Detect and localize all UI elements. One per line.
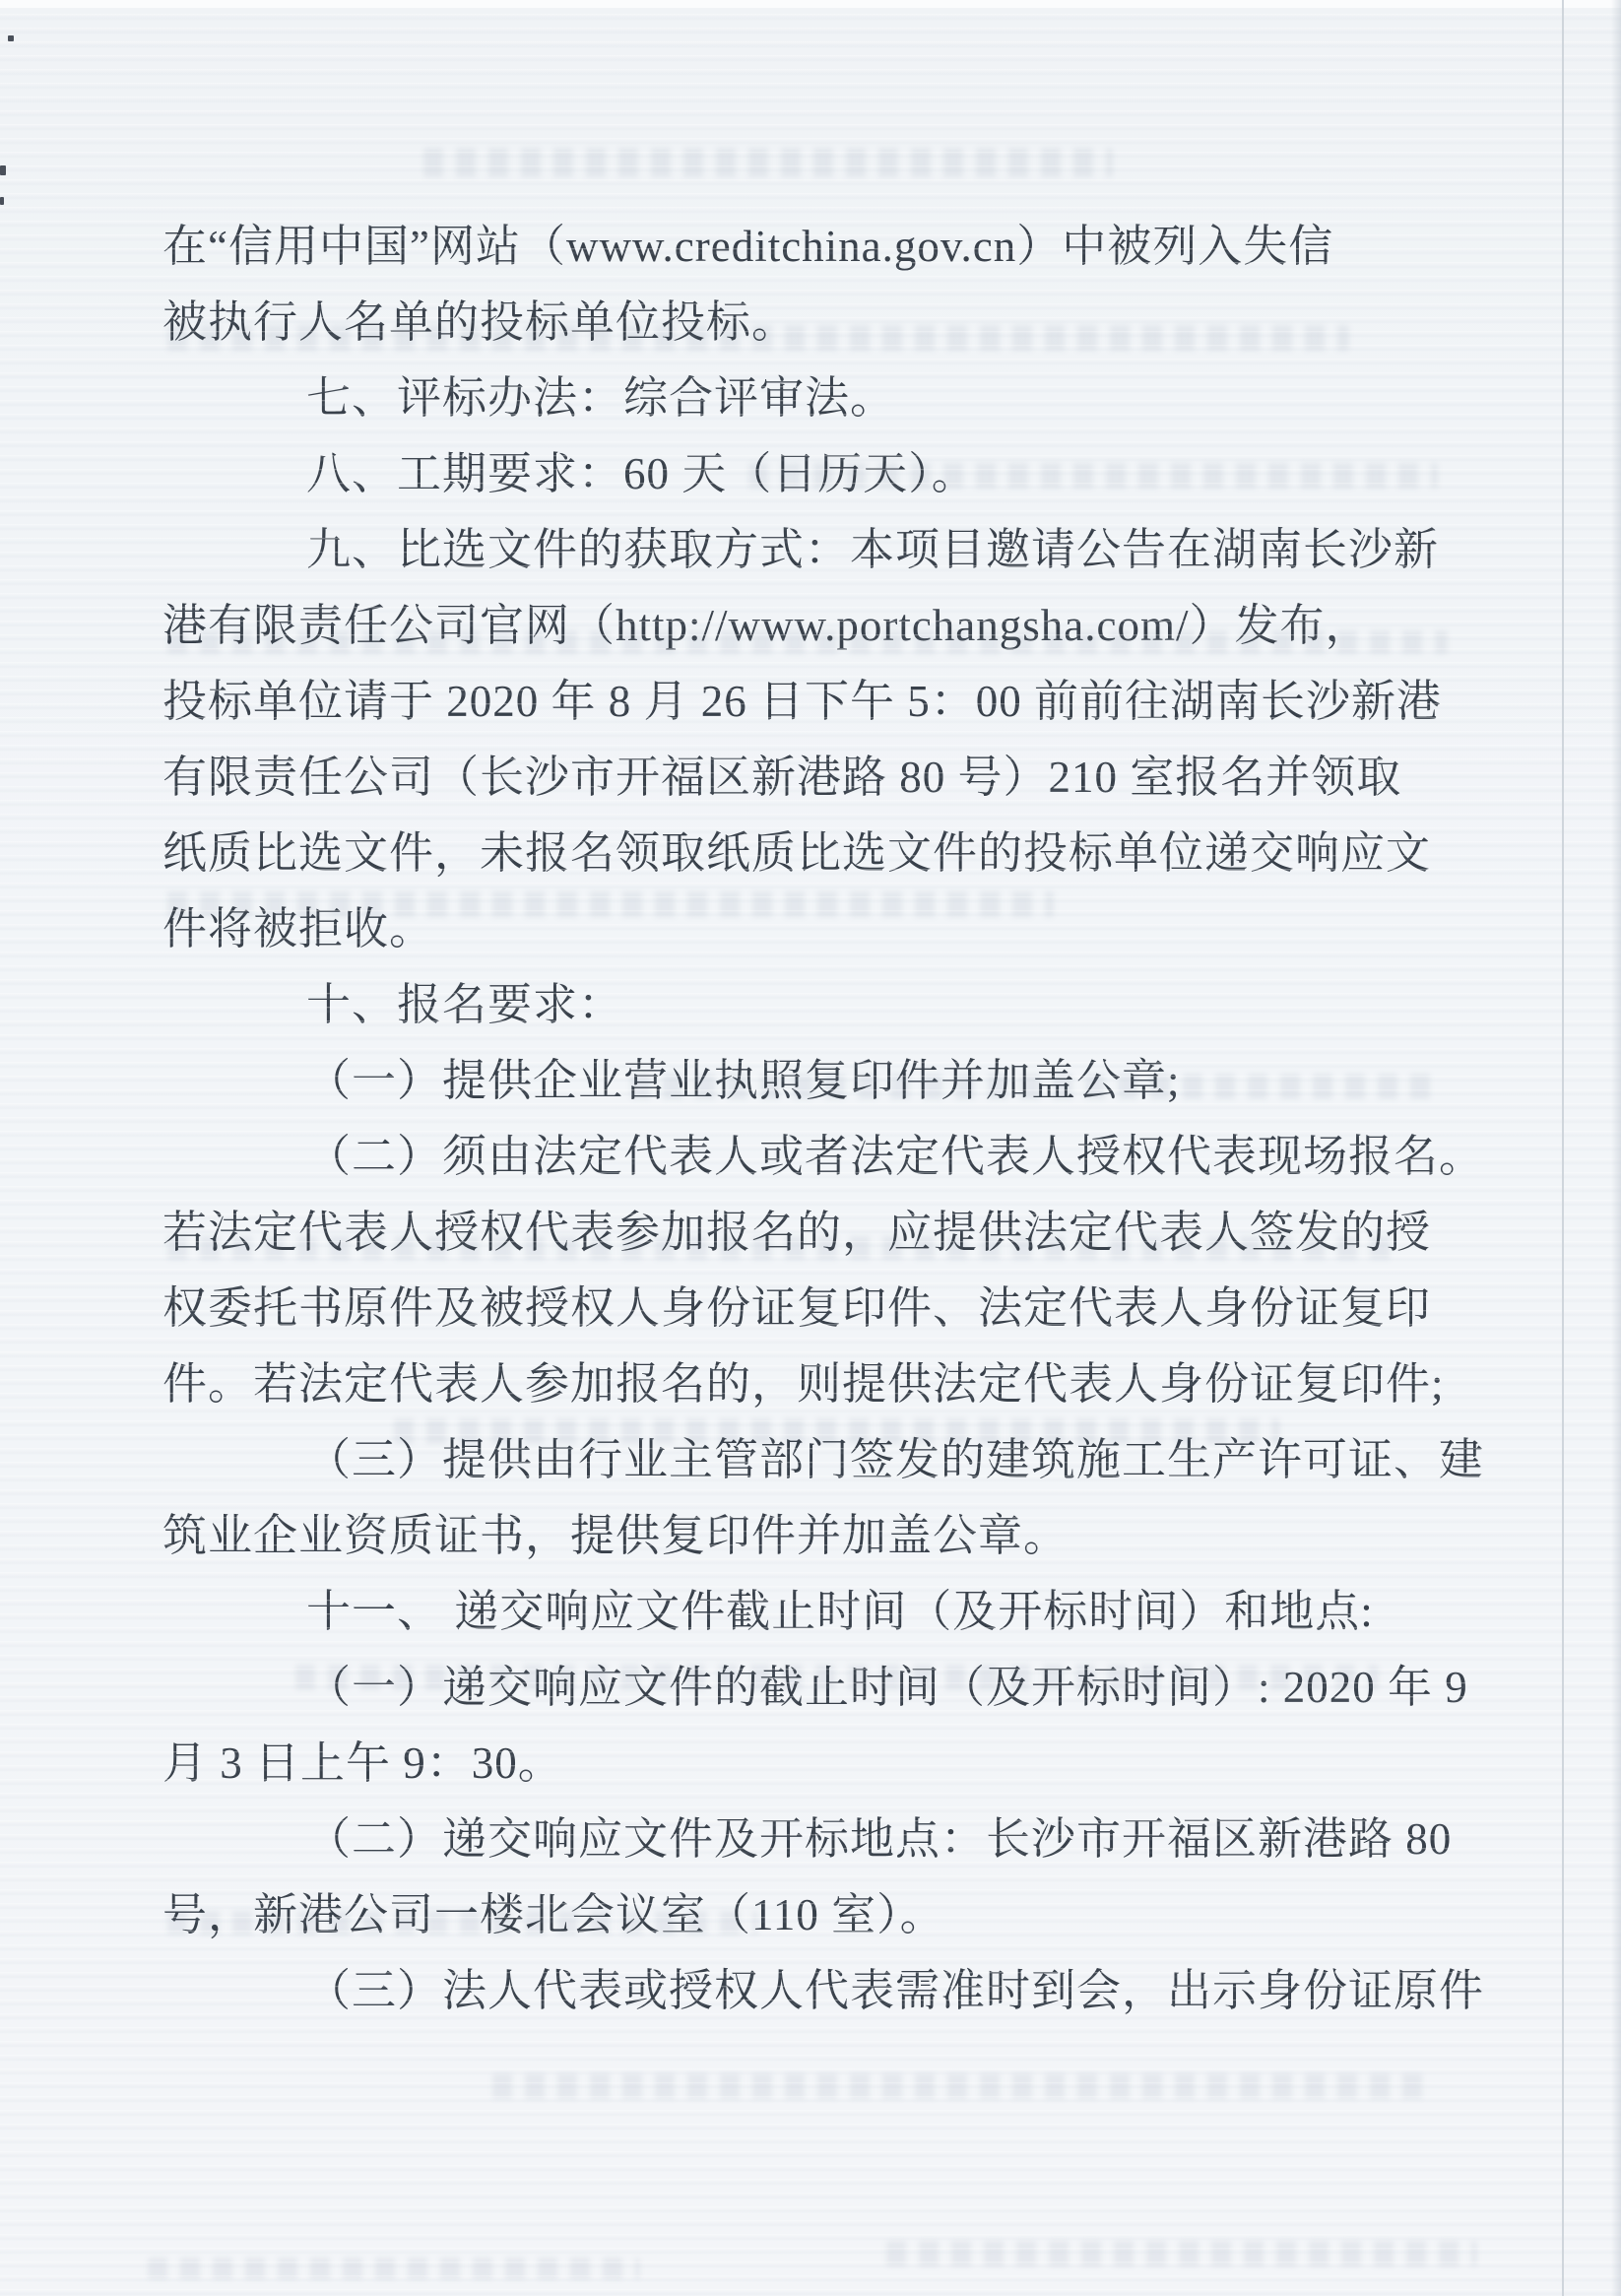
scan-speck — [0, 197, 4, 205]
text-line: 投标单位请于 2020 年 8 月 26 日下午 5：00 前前往湖南长沙新港 — [162, 664, 1492, 740]
text-line: 在“信用中国”网站（www.creditchina.gov.cn）中被列入失信 — [162, 209, 1492, 285]
text-line: 港有限责任公司官网（http://www.portchangsha.com/）发… — [162, 588, 1492, 664]
text-line: 件将被拒收。 — [162, 891, 1492, 967]
text-line: （二）须由法定代表人或者法定代表人授权代表现场报名。 — [162, 1119, 1492, 1195]
scanner-edge-shade — [1611, 0, 1621, 2296]
scanner-edge-line — [1562, 0, 1564, 2296]
text-line: 若法定代表人授权代表参加报名的，应提供法定代表人签发的授 — [162, 1195, 1492, 1271]
scan-speck — [8, 35, 14, 41]
text-line: 号，新港公司一楼北会议室（110 室）。 — [162, 1877, 1492, 1953]
text-line: 八、工期要求：60 天（日历天）。 — [162, 436, 1492, 512]
text-line: （二）递交响应文件及开标地点：长沙市开福区新港路 80 — [162, 1802, 1492, 1877]
text-line: （一）提供企业营业执照复印件并加盖公章; — [162, 1043, 1492, 1119]
text-line: （三）法人代表或授权人代表需准时到会，出示身份证原件 — [162, 1953, 1492, 2029]
scan-top-edge — [0, 0, 1621, 8]
text-line: 权委托书原件及被授权人身份证复印件、法定代表人身份证复印 — [162, 1271, 1492, 1346]
scan-speck — [0, 165, 6, 175]
text-line: 十、报名要求： — [162, 967, 1492, 1043]
text-line: （一）递交响应文件的截止时间（及开标时间）: 2020 年 9 — [162, 1650, 1492, 1726]
text-line: 有限责任公司（长沙市开福区新港路 80 号）210 室报名并领取 — [162, 740, 1492, 816]
text-line: 月 3 日上午 9：30。 — [162, 1726, 1492, 1802]
text-line: 纸质比选文件，未报名领取纸质比选文件的投标单位递交响应文 — [162, 816, 1492, 891]
document-text-block: 在“信用中国”网站（www.creditchina.gov.cn）中被列入失信 … — [162, 209, 1492, 2029]
text-line: 被执行人名单的投标单位投标。 — [162, 285, 1492, 361]
text-line: 七、评标办法：综合评审法。 — [162, 361, 1492, 436]
text-line: 九、比选文件的获取方式：本项目邀请公告在湖南长沙新 — [162, 512, 1492, 588]
text-line: 件。若法定代表人参加报名的，则提供法定代表人身份证复印件; — [162, 1346, 1492, 1422]
text-line: （三）提供由行业主管部门签发的建筑施工生产许可证、建 — [162, 1422, 1492, 1498]
text-line: 筑业企业资质证书，提供复印件并加盖公章。 — [162, 1498, 1492, 1574]
text-line: 十一、 递交响应文件截止时间（及开标时间）和地点: — [162, 1574, 1492, 1650]
